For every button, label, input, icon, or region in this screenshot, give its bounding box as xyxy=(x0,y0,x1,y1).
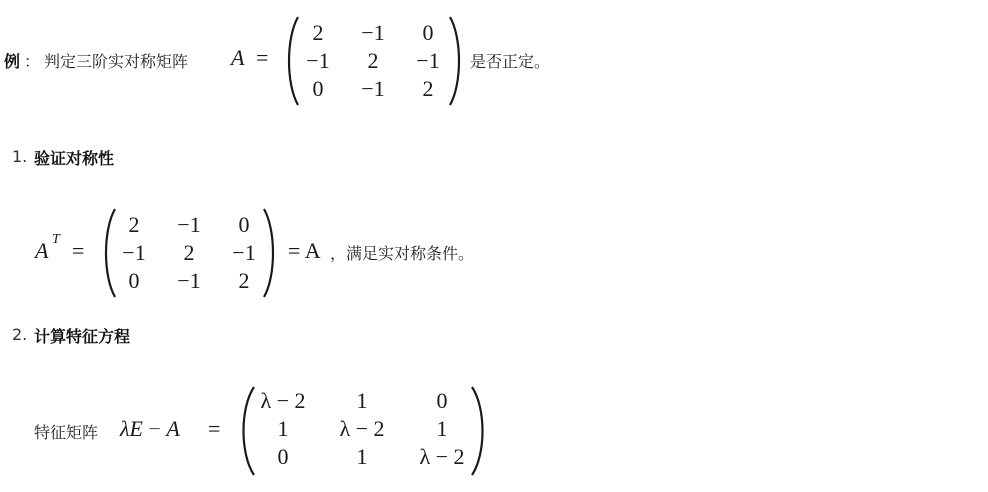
step-number: 1. xyxy=(12,147,27,166)
matrix-cell: −1 xyxy=(177,268,200,294)
left-paren-icon xyxy=(103,208,117,298)
matrix-cell: −1 xyxy=(361,20,384,46)
left-paren-icon xyxy=(240,386,256,476)
equals-sign: = xyxy=(256,45,268,71)
right-paren-icon xyxy=(470,386,486,476)
matrix-cell: −1 xyxy=(122,240,145,266)
matrix-cell: 1 xyxy=(357,388,368,414)
matrix-var-a: A xyxy=(166,416,179,441)
matrix-cell: −1 xyxy=(177,212,200,238)
step-text-after: ，满足实对称条件。 xyxy=(330,241,474,264)
example-colon: ： xyxy=(24,49,40,72)
step-title: 计算特征方程 xyxy=(34,324,130,347)
rhs-equals-a: = A xyxy=(288,238,321,264)
transpose-sup: T xyxy=(52,232,60,248)
char-matrix-expr: λE − A xyxy=(120,416,180,442)
matrix-cell: 2 xyxy=(239,268,250,294)
matrix-cell: 1 xyxy=(437,416,448,442)
matrix-cell: 1 xyxy=(278,416,289,442)
example-label: 例 xyxy=(4,49,20,72)
matrix-cell: λ − 2 xyxy=(419,444,464,470)
matrix-cell: −1 xyxy=(306,48,329,74)
step-title: 验证对称性 xyxy=(34,146,114,169)
matrix-cell: 2 xyxy=(313,20,324,46)
matrix-var-a: A xyxy=(231,45,244,71)
right-paren-icon xyxy=(448,16,462,106)
matrix-cell: 1 xyxy=(357,444,368,470)
matrix-cell: 0 xyxy=(129,268,140,294)
matrix-cell: 0 xyxy=(437,388,448,414)
right-paren-icon xyxy=(262,208,276,298)
step-number: 2. xyxy=(12,325,27,344)
equals-sign: = xyxy=(72,238,84,264)
matrix-cell: 2 xyxy=(368,48,379,74)
minus-sign: − xyxy=(143,416,166,441)
equals-sign: = xyxy=(208,416,220,442)
matrix-cell: 0 xyxy=(313,76,324,102)
matrix-cell: 0 xyxy=(239,212,250,238)
example-text-before: 判定三阶实对称矩阵 xyxy=(44,49,188,72)
left-paren-icon xyxy=(286,16,300,106)
step-text-before: 特征矩阵 xyxy=(34,420,98,443)
matrix-cell: 2 xyxy=(129,212,140,238)
rhs-text: = A xyxy=(288,238,321,263)
matrix-cell: 2 xyxy=(184,240,195,266)
matrix-cell: 0 xyxy=(278,444,289,470)
matrix-cell: −1 xyxy=(361,76,384,102)
identity-e: E xyxy=(130,416,143,441)
matrix-cell: λ − 2 xyxy=(260,388,305,414)
example-text-after: 是否正定。 xyxy=(470,49,550,72)
lambda: λ xyxy=(120,416,130,441)
matrix-var-a: A xyxy=(35,238,48,264)
matrix-cell: −1 xyxy=(232,240,255,266)
matrix-cell: 0 xyxy=(423,20,434,46)
matrix-cell: −1 xyxy=(416,48,439,74)
matrix-cell: λ − 2 xyxy=(339,416,384,442)
matrix-cell: 2 xyxy=(423,76,434,102)
